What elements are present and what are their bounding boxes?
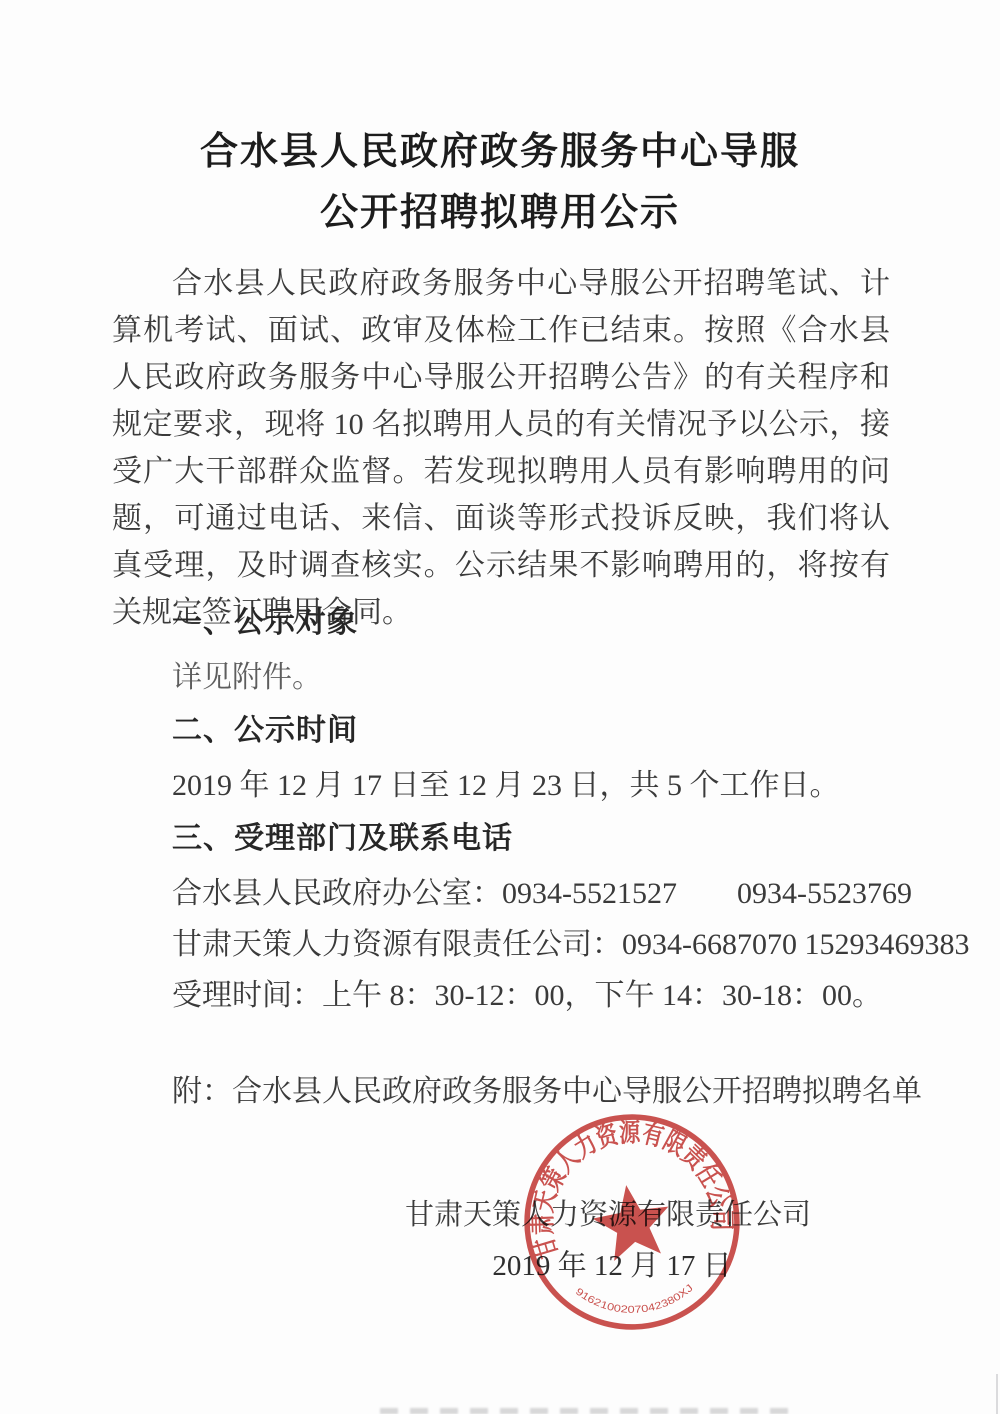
contact-line-office-hours: 受理时间：上午 8：30-12：00，下午 14：30-18：00。: [172, 970, 882, 1014]
document-page: 合水县人民政府政务服务中心导服 公开招聘拟聘用公示 合水县人民政府政务服务中心导…: [0, 0, 1000, 1414]
section-3-heading: 三、受理部门及联系电话: [172, 813, 513, 857]
section-2-body: 2019 年 12 月 17 日至 12 月 23 日，共 5 个工作日。: [172, 760, 840, 804]
attachment-note: 附：合水县人民政府政务服务中心导服公开招聘拟聘名单: [172, 1066, 922, 1110]
intro-paragraph: 合水县人民政府政务服务中心导服公开招聘笔试、计算机考试、面试、政审及体检工作已结…: [112, 260, 890, 636]
red-seal-stamp: 甘肃天策人力资源有限责任公司 9162100207042380XJ: [499, 1089, 764, 1354]
section-1-body: 详见附件。: [172, 652, 322, 696]
scan-artifact-right-edge: [996, 1374, 998, 1414]
document-title: 合水县人民政府政务服务中心导服 公开招聘拟聘用公示: [0, 122, 1000, 244]
title-line-2: 公开招聘拟聘用公示: [0, 183, 1000, 244]
section-1-heading: 一、公示对象: [172, 597, 358, 641]
section-2-heading: 二、公示时间: [172, 705, 358, 749]
star-icon: [588, 1179, 675, 1263]
contact-line-government-office: 合水县人民政府办公室：0934-5521527 0934-5523769: [172, 868, 912, 912]
scan-artifact-bottom-edge: [380, 1408, 800, 1414]
title-line-1: 合水县人民政府政务服务中心导服: [0, 122, 1000, 183]
contact-line-hr-company: 甘肃天策人力资源有限责任公司：0934-6687070 15293469383: [172, 919, 970, 963]
